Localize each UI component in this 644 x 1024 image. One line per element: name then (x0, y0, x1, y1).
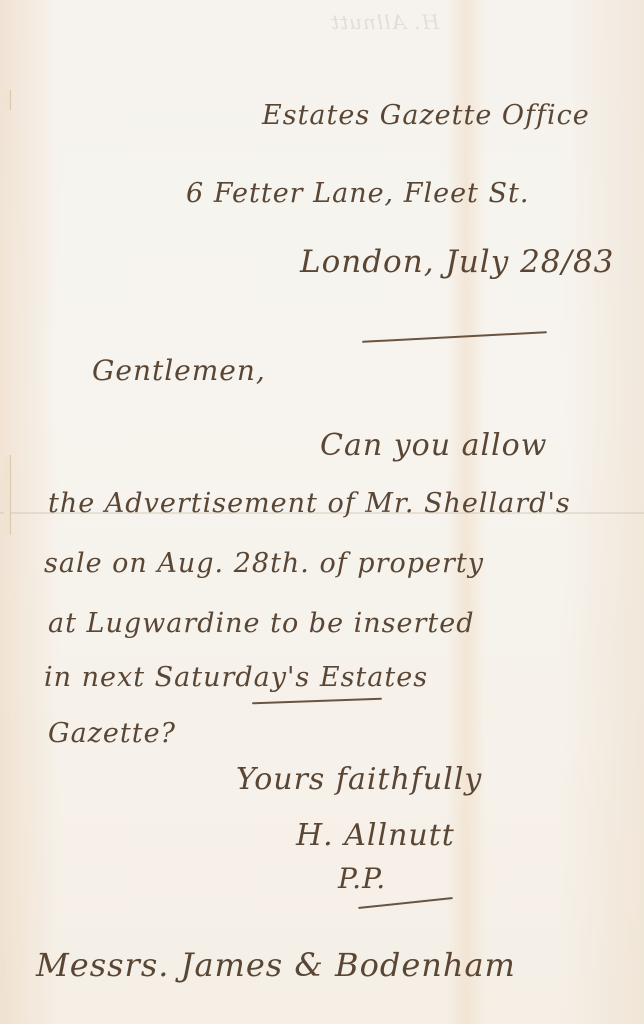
header-place-date: London, July 28/83 (300, 244, 614, 280)
letter-page: H. Allnutt Estates Gazette Office 6 Fett… (0, 0, 644, 1024)
closing: Yours faithfully (236, 762, 482, 797)
bleedthrough-text: H. Allnutt (330, 10, 439, 34)
signature: H. Allnutt (296, 818, 455, 853)
saturday-underline (252, 698, 382, 705)
signature-initials: P.P. (338, 862, 386, 895)
paper-edge-tab (4, 90, 11, 110)
initials-flourish (358, 897, 453, 909)
body-line-5: in next Saturday's Estates (44, 662, 428, 693)
body-line-3: sale on Aug. 28th. of property (44, 548, 484, 579)
body-line-1: Can you allow (320, 428, 547, 463)
addressee: Messrs. James & Bodenham (36, 946, 516, 984)
salutation: Gentlemen, (92, 354, 266, 387)
paper-edge-tab (4, 455, 11, 535)
body-line-2: the Advertisement of Mr. Shellard's (48, 488, 571, 519)
header-address: 6 Fetter Lane, Fleet St. (186, 178, 529, 209)
body-line-4: at Lugwardine to be inserted (48, 608, 475, 639)
header-office: Estates Gazette Office (262, 100, 590, 131)
body-line-6: Gazette? (48, 718, 176, 749)
